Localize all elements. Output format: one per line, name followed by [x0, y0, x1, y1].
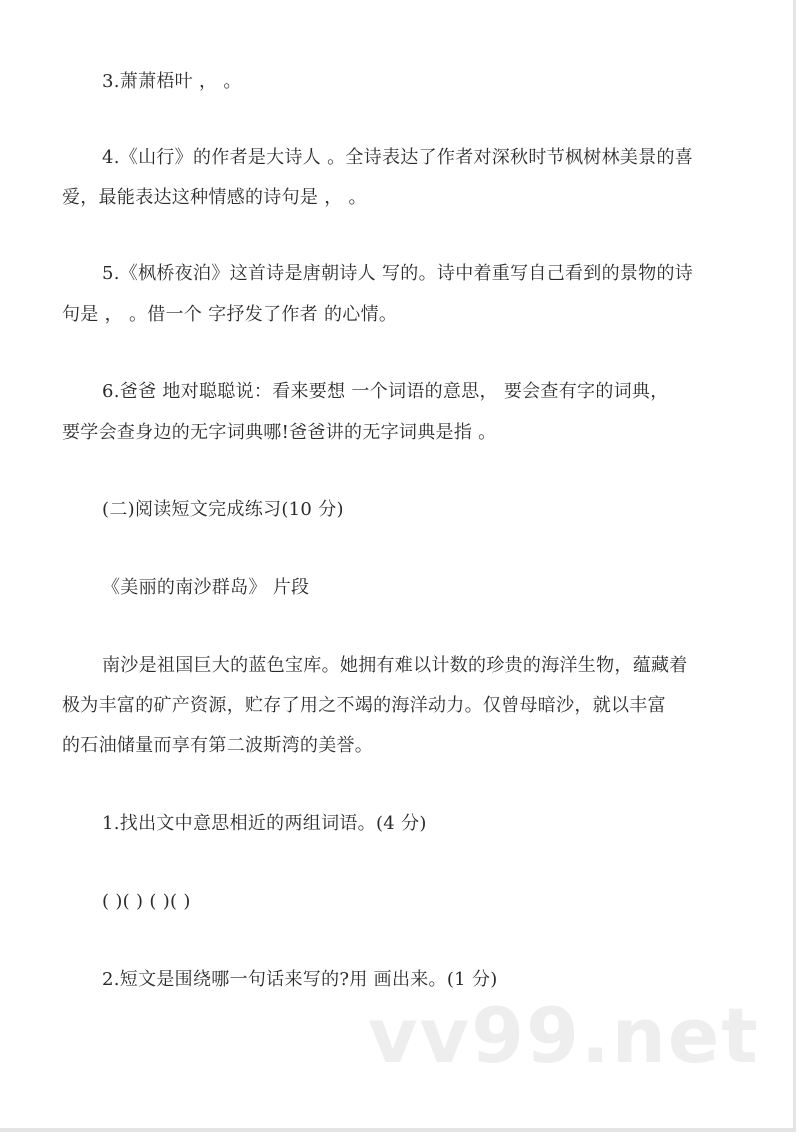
passage-line-3: 的石油储量而享有第二波斯湾的美誉。 — [62, 734, 702, 758]
question-4-line-2: 爱，最能表达这种情感的诗句是 ， 。 — [62, 186, 702, 210]
question-6-line-2: 要学会查身边的无字词典哪!爸爸讲的无字词典是指 。 — [62, 421, 702, 445]
document-page: 3.萧萧梧叶 ， 。 4.《山行》的作者是大诗人 。全诗表达了作者对深秋时节枫树… — [0, 0, 796, 1132]
question-4-line-1: 4.《山行》的作者是大诗人 。全诗表达了作者对深秋时节枫树林美景的喜 — [102, 146, 742, 170]
question-5-line-1: 5.《枫桥夜泊》这首诗是唐朝诗人 写的。诗中着重写自己看到的景物的诗 — [102, 262, 742, 286]
reading-question-1: 1.找出文中意思相近的两组词语。(4 分) — [102, 812, 742, 836]
passage-line-1: 南沙是祖国巨大的蓝色宝库。她拥有难以计数的珍贵的海洋生物，蕴藏着 — [102, 654, 742, 678]
question-6-line-1: 6.爸爸 地对聪聪说：看来要想 一个词语的意思， 要会查有字的词典， — [102, 380, 742, 404]
reading-question-2: 2.短文是围绕哪一句话来写的?用 画出来。(1 分) — [102, 968, 742, 992]
watermark-text: vv99.net — [368, 998, 760, 1074]
question-3: 3.萧萧梧叶 ， 。 — [102, 70, 742, 94]
passage-title: 《美丽的南沙群岛》 片段 — [102, 576, 742, 600]
answer-blanks: ( )( ) ( )( ) — [102, 890, 742, 914]
question-5-line-2: 句是 ， 。借一个 字抒发了作者 的心情。 — [62, 303, 702, 327]
section-heading: (二)阅读短文完成练习(10 分) — [102, 498, 742, 522]
passage-line-2: 极为丰富的矿产资源，贮存了用之不竭的海洋动力。仅曾母暗沙，就以丰富 — [62, 694, 702, 718]
